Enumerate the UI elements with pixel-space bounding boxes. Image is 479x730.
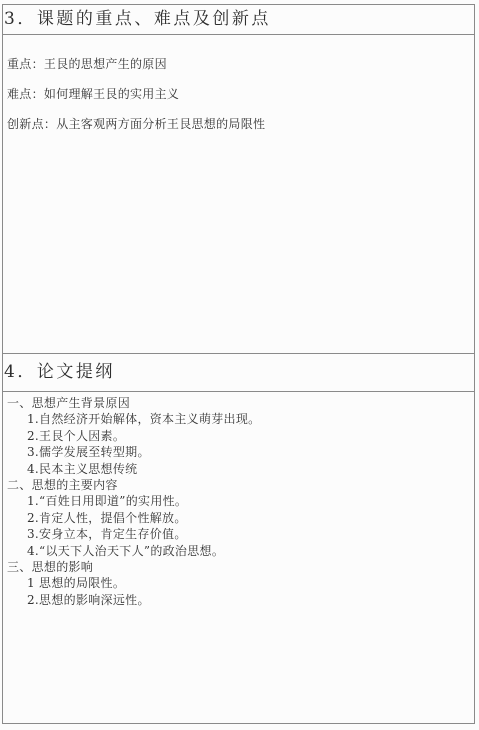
outline-item: 2.思想的影响深远性。 [6, 592, 468, 608]
outline-item: 3.安身立本，肯定生存价值。 [6, 526, 468, 542]
outline-item: 4.“以天下人治天下人”的政治思想。 [6, 543, 468, 559]
section3-content: 重点：王艮的思想产生的原因 难点：如何理解王艮的实用主义 创新点：从主客观两方面… [3, 35, 474, 354]
outline-item: 三、思想的影响 [6, 559, 468, 575]
outline-item: 1 思想的局限性。 [6, 575, 468, 591]
outline-item: 4.民本主义思想传统 [6, 461, 468, 477]
section3-title: 3．课题的重点、难点及创新点 [3, 5, 474, 35]
outline-item: 3.儒学发展至转型期。 [6, 444, 468, 460]
outline-item: 1.“百姓日用即道”的实用性。 [6, 493, 468, 509]
outline-item: 2.肯定人性，提倡个性解放。 [6, 510, 468, 526]
innovation-line: 创新点：从主客观两方面分析王艮思想的局限性 [7, 109, 468, 139]
key-point-line: 重点：王艮的思想产生的原因 [7, 49, 468, 79]
outline-item: 一、思想产生背景原因 [6, 395, 468, 411]
outline-item: 1.自然经济开始解体，资本主义萌芽出现。 [6, 411, 468, 427]
outline-item: 2.王艮个人因素。 [6, 428, 468, 444]
section4-title: 4．论文提纲 [3, 354, 474, 392]
outline-item: 二、思想的主要内容 [6, 477, 468, 493]
form-table: 3．课题的重点、难点及创新点 重点：王艮的思想产生的原因 难点：如何理解王艮的实… [2, 4, 475, 724]
section4-content: 一、思想产生背景原因 1.自然经济开始解体，资本主义萌芽出现。 2.王艮个人因素… [3, 392, 474, 723]
difficulty-line: 难点：如何理解王艮的实用主义 [7, 79, 468, 109]
